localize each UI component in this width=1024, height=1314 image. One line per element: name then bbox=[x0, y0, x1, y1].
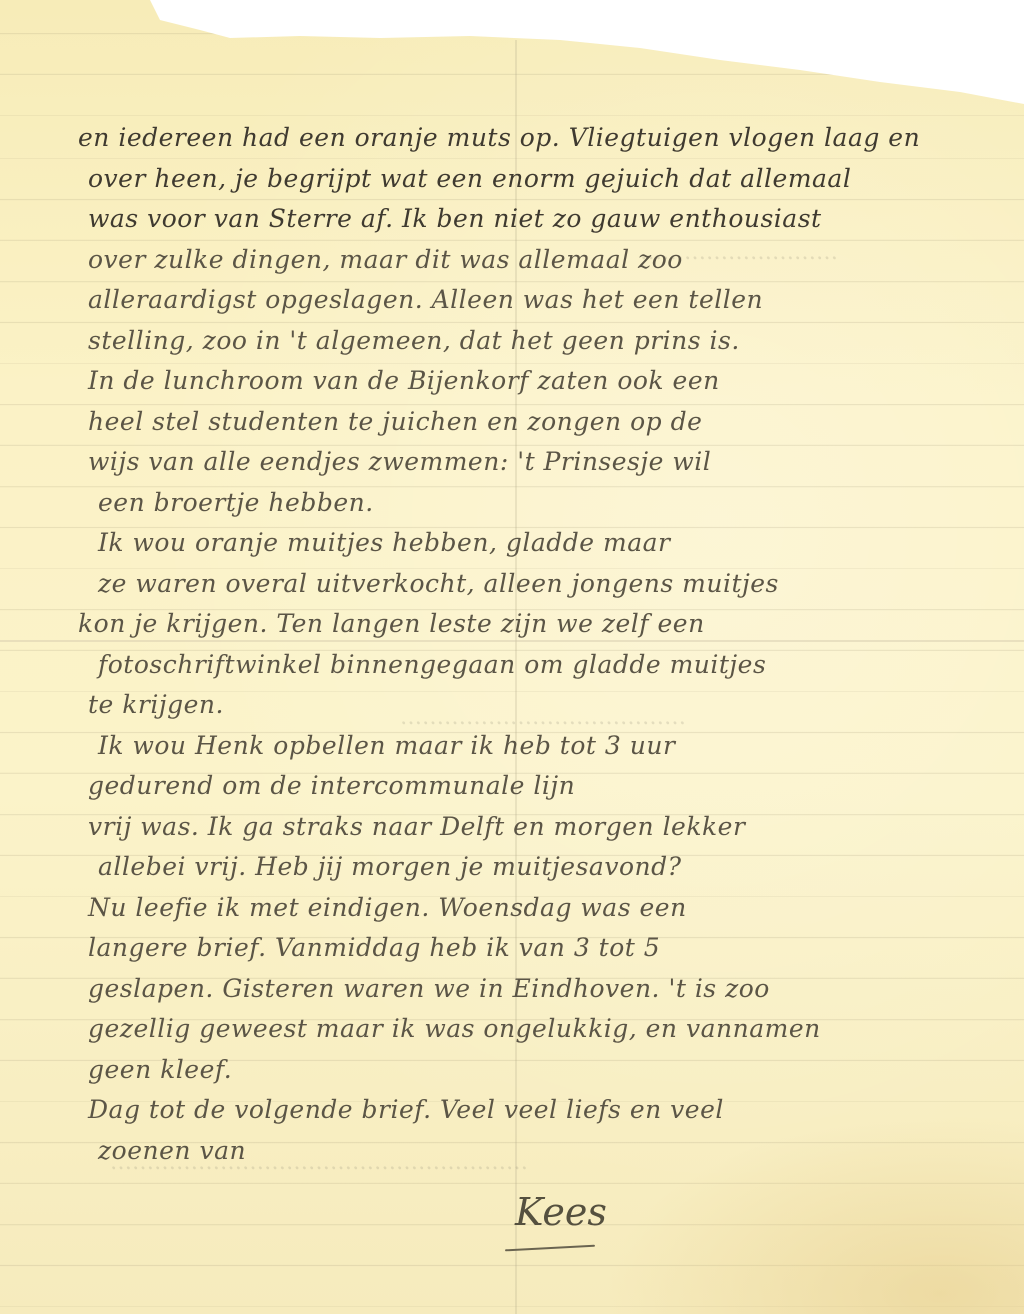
letter-line: te krijgen. bbox=[88, 685, 988, 726]
letter-line: een broertje hebben. bbox=[88, 483, 988, 524]
signature-underline bbox=[505, 1245, 595, 1252]
letter-line: geen kleef. bbox=[88, 1050, 988, 1091]
letter-line: Nu leefie ik met eindigen. Woensdag was … bbox=[88, 888, 988, 929]
letter-line: In de lunchroom van de Bijenkorf zaten o… bbox=[88, 361, 988, 402]
letter-line: allebei vrij. Heb jij morgen je muitjesa… bbox=[88, 847, 988, 888]
letter-line: over zulke dingen, maar dit was allemaal… bbox=[88, 240, 988, 281]
letter-line: gedurend om de intercommunale lijn bbox=[88, 766, 988, 807]
letter-line: ze waren overal uitverkocht, alleen jong… bbox=[88, 564, 988, 605]
letter-line: Dag tot de volgende brief. Veel veel lie… bbox=[88, 1090, 988, 1131]
letter-line: fotoschriftwinkel binnengegaan om gladde… bbox=[88, 645, 988, 686]
letter-line: over heen, je begrijpt wat een enorm gej… bbox=[88, 159, 988, 200]
letter-line: was voor van Sterre af. Ik ben niet zo g… bbox=[88, 199, 988, 240]
letter-line: alleraardigst opgeslagen. Alleen was het… bbox=[88, 280, 988, 321]
letter-line: stelling, zoo in 't algemeen, dat het ge… bbox=[88, 321, 988, 362]
letter-line: vrij was. Ik ga straks naar Delft en mor… bbox=[88, 807, 988, 848]
letter-line: gezellig geweest maar ik was ongelukkig,… bbox=[88, 1009, 988, 1050]
letter-line: zoenen van bbox=[88, 1131, 988, 1172]
letter-line: Ik wou oranje muitjes hebben, gladde maa… bbox=[88, 523, 988, 564]
letter-line: geslapen. Gisteren waren we in Eindhoven… bbox=[88, 969, 988, 1010]
letter-line: heel stel studenten te juichen en zongen… bbox=[88, 402, 988, 443]
letter-line: Ik wou Henk opbellen maar ik heb tot 3 u… bbox=[88, 726, 988, 767]
letter-line: kon je krijgen. Ten langen leste zijn we… bbox=[78, 604, 988, 645]
letter-line: langere brief. Vanmiddag heb ik van 3 to… bbox=[88, 928, 988, 969]
letter-body: en iedereen had een oranje muts op. Vlie… bbox=[88, 118, 988, 1171]
letter-line: en iedereen had een oranje muts op. Vlie… bbox=[78, 118, 988, 159]
signature: Kees bbox=[515, 1190, 607, 1234]
letter-page: ……………………… ………………………………… …………………………………………… bbox=[0, 0, 1024, 1314]
letter-line: wijs van alle eendjes zwemmen: 't Prinse… bbox=[88, 442, 988, 483]
